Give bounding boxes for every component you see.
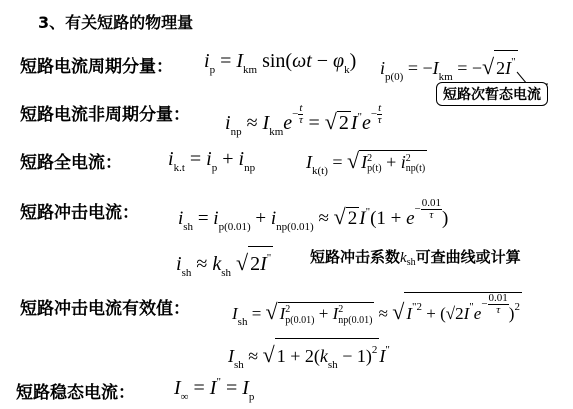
label-total-current: 短路全电流： — [20, 148, 122, 173]
formula-total-current: ik.t = ip + inp — [168, 148, 255, 174]
formula-impulse-current-rms-approx: Ish ≈ √1 + 2(ksh − 1)2I" — [228, 338, 390, 376]
label-impulse-current: 短路冲击电流： — [20, 198, 139, 223]
formula-total-current-rms: Ik(t) = √I2p(t) + i2np(t) — [306, 148, 427, 177]
label-aperiodic-component: 短路电流非周期分量： — [20, 100, 190, 125]
note-impulse-coefficient: 短路冲击系数ksh可查曲线或计算 — [310, 246, 521, 268]
formula-aperiodic-component: inp ≈ Ikme−tτ = √2I"e−tτ — [225, 103, 382, 138]
label-impulse-current-rms: 短路冲击电流有效值： — [20, 294, 190, 319]
formula-impulse-current: ish = ip(0.01) + inp(0.01) ≈ √2I"(1 + e−… — [178, 198, 448, 233]
formula-steady-state-current: I∞ = I" = Ip — [174, 376, 254, 403]
formula-impulse-current-rms: Ish = √I2p(0.01) + I2np(0.01) ≈ √I"2 + (… — [232, 292, 522, 328]
formula-impulse-current-approx: ish ≈ ksh √2I" — [176, 246, 273, 279]
label-steady-state-current: 短路稳态电流： — [16, 378, 135, 403]
callout-subtransient-current: 短路次暂态电流 — [436, 82, 548, 106]
